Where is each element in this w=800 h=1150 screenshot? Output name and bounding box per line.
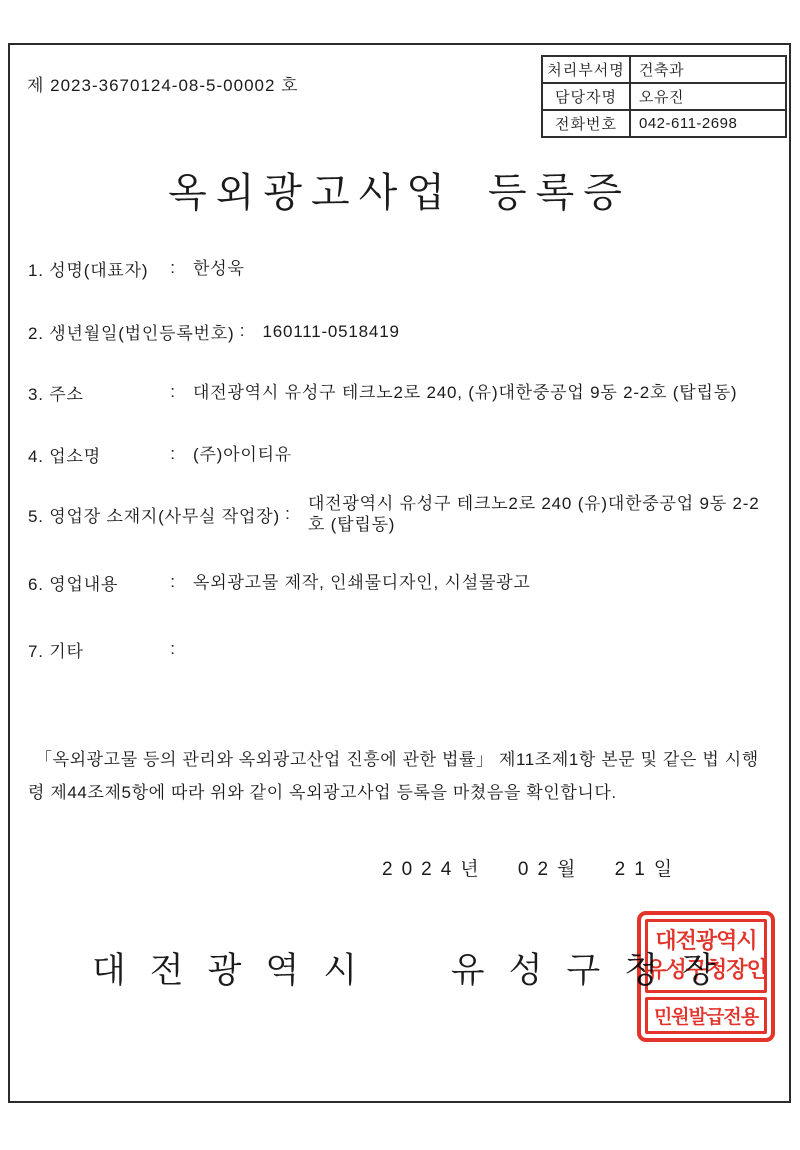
- stamp-issuer-box: 대전광역시 유성구청장인: [645, 919, 767, 993]
- item-value: 한성욱: [181, 258, 770, 279]
- item-label: 6. 영업내용: [28, 570, 165, 595]
- issue-date: 2024년 02월 21일: [382, 854, 681, 881]
- item-label: 5. 영업장 소재지(사무실 작업장): [28, 502, 280, 527]
- item-colon: :: [280, 504, 296, 524]
- item-colon: :: [165, 258, 181, 278]
- item-value: 대전광역시 유성구 테크노2로 240, (유)대한중공업 9동 2-2호 (탑…: [181, 382, 770, 403]
- item-label: 4. 업소명: [28, 442, 165, 467]
- processing-info-table: 처리부서명 건축과 담당자명 오유진 전화번호 042-611-2698: [541, 55, 787, 138]
- stamp-line2: 유성구청장인: [645, 956, 767, 985]
- phone-number-value: 042-611-2698: [630, 110, 786, 137]
- stamp-purpose-box: 민원발급전용: [645, 997, 767, 1034]
- item-row-etc: 7. 기타 :: [28, 629, 770, 669]
- item-colon: :: [165, 382, 181, 402]
- item-label: 7. 기타: [28, 637, 165, 662]
- item-colon: :: [165, 639, 181, 659]
- confirmation-paragraph: 「옥외광고물 등의 관리와 옥외광고산업 진흥에 관한 법률」 제11조제1항 …: [28, 743, 762, 809]
- staff-name-label: 담당자명: [542, 83, 630, 110]
- document-number: 제 2023-3670124-08-5-00002 호: [27, 71, 299, 96]
- item-value: 대전광역시 유성구 테크노2로 240 (유)대한중공업 9동 2-2호 (탑립…: [296, 493, 770, 535]
- item-row-name: 1. 성명(대표자) : 한성욱: [28, 248, 770, 288]
- item-value: 옥외광고물 제작, 인쇄물디자인, 시설물광고: [181, 572, 770, 593]
- certificate-title: 옥외광고사업 등록증: [10, 161, 789, 218]
- table-row-staff-name: 담당자명 오유진: [542, 83, 786, 110]
- item-label: 2. 생년월일(법인등록번호): [28, 319, 234, 344]
- item-row-business-location: 5. 영업장 소재지(사무실 작업장) : 대전광역시 유성구 테크노2로 24…: [28, 491, 770, 537]
- item-label: 3. 주소: [28, 380, 165, 405]
- phone-number-label: 전화번호: [542, 110, 630, 137]
- document-border-frame: 제 2023-3670124-08-5-00002 호 처리부서명 건축과 담당…: [8, 43, 791, 1103]
- item-value: (주)아이티유: [181, 444, 770, 465]
- official-seal-stamp: 대전광역시 유성구청장인 민원발급전용: [637, 911, 775, 1042]
- item-colon: :: [234, 321, 250, 341]
- processing-dept-value: 건축과: [630, 56, 786, 83]
- item-row-birthdate: 2. 생년월일(법인등록번호) : 160111-0518419: [28, 311, 770, 351]
- processing-dept-label: 처리부서명: [542, 56, 630, 83]
- item-row-business-scope: 6. 영업내용 : 옥외광고물 제작, 인쇄물디자인, 시설물광고: [28, 562, 770, 602]
- item-label: 1. 성명(대표자): [28, 256, 165, 281]
- stamp-line1: 대전광역시: [655, 927, 756, 956]
- table-row-processing-dept: 처리부서명 건축과: [542, 56, 786, 83]
- item-row-address: 3. 주소 : 대전광역시 유성구 테크노2로 240, (유)대한중공업 9동…: [28, 369, 770, 415]
- certificate-page: 제 2023-3670124-08-5-00002 호 처리부서명 건축과 담당…: [0, 0, 800, 1150]
- item-value: 160111-0518419: [250, 321, 770, 342]
- item-row-business-name: 4. 업소명 : (주)아이티유: [28, 434, 770, 474]
- table-row-phone-number: 전화번호 042-611-2698: [542, 110, 786, 137]
- item-colon: :: [165, 572, 181, 592]
- staff-name-value: 오유진: [630, 83, 786, 110]
- item-colon: :: [165, 444, 181, 464]
